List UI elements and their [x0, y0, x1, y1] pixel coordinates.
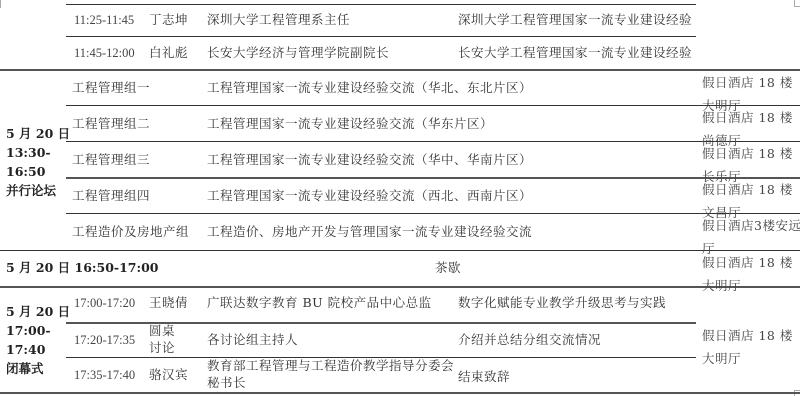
talk-topic: 数字化赋能专业教学升级思考与实践 [458, 294, 666, 312]
speaker-name: 丁志坤 [149, 11, 188, 29]
corner-mark-top-right [794, 0, 800, 7]
rule [66, 105, 800, 106]
rule [66, 177, 800, 179]
time-slot: 11:25-11:45 [74, 11, 134, 29]
time-slot: 17:20-17:35 [74, 331, 135, 349]
rule [0, 69, 800, 71]
group-name: 工程管理组三 [72, 151, 150, 169]
session-time-start: 13:30- [6, 144, 51, 162]
corner-mark-top-left [0, 0, 7, 8]
time-slot: 17:00-17:20 [74, 294, 135, 312]
talk-topic: 深圳大学工程管理国家一流专业建设经验 [458, 11, 692, 29]
speaker-title: 广联达数字教育 BU 院校产品中心总监 [207, 294, 432, 312]
speaker-title-line-1: 教育部工程管理与工程造价教学指导分委会 [207, 357, 454, 375]
tea-break-time: 5 月 20 日 16:50-17:00 [6, 259, 159, 277]
time-slot: 11:45-12:00 [74, 44, 135, 62]
rule [66, 141, 800, 142]
rule [66, 4, 696, 5]
speaker-name: 白礼彪 [149, 44, 188, 62]
rule [0, 392, 800, 394]
group-topic: 工程造价、房地产开发与管理国家一流专业建设经验交流 [207, 223, 532, 241]
venue: 假日酒店 18 楼大明厅 [702, 251, 800, 297]
rule [66, 36, 696, 37]
session-name: 并行论坛 [6, 182, 56, 200]
group-name: 工程管理组一 [72, 79, 150, 97]
group-name: 工程管理组二 [72, 115, 150, 133]
rule [0, 250, 800, 251]
group-topic: 工程管理国家一流专业建设经验交流（西北、西南片区） [207, 187, 532, 205]
group-topic: 工程管理国家一流专业建设经验交流（华北、东北片区） [207, 79, 532, 97]
talk-topic: 长安大学工程管理国家一流专业建设经验 [458, 44, 692, 62]
speaker-name: 骆汉宾 [149, 366, 188, 384]
group-name: 工程造价及房地产组 [72, 223, 189, 241]
speaker-title: 各讨论组主持人 [207, 331, 298, 349]
session-time-start: 17:00- [6, 322, 51, 340]
group-name: 工程管理组四 [72, 187, 150, 205]
time-slot: 17:35-17:40 [74, 366, 135, 384]
venue: 假日酒店 18 楼大明厅 [702, 324, 800, 370]
group-topic: 工程管理国家一流专业建设经验交流（华东片区） [207, 115, 493, 133]
speaker-name-line-2: 讨论 [149, 339, 175, 357]
talk-topic: 介绍并总结分组交流情况 [458, 331, 601, 349]
session-date: 5 月 20 日 [6, 303, 70, 321]
session-date: 5 月 20 日 [6, 125, 70, 143]
rule [66, 213, 800, 214]
speaker-title-line-2: 秘书长 [207, 374, 246, 392]
speaker-title: 深圳大学工程管理系主任 [207, 11, 350, 29]
session-name: 闭幕式 [6, 360, 44, 378]
rule [0, 286, 800, 288]
talk-topic: 结束致辞 [458, 368, 510, 386]
tea-break-activity: 茶歇 [435, 259, 461, 277]
speaker-name: 王晓倩 [149, 294, 188, 312]
speaker-name-line-1: 圆桌 [149, 322, 175, 340]
speaker-title: 长安大学经济与管理学院副院长 [207, 44, 389, 62]
session-time-end: 16:50 [6, 163, 45, 181]
group-topic: 工程管理国家一流专业建设经验交流（华中、华南片区） [207, 151, 532, 169]
session-time-end: 17:40 [6, 341, 45, 359]
